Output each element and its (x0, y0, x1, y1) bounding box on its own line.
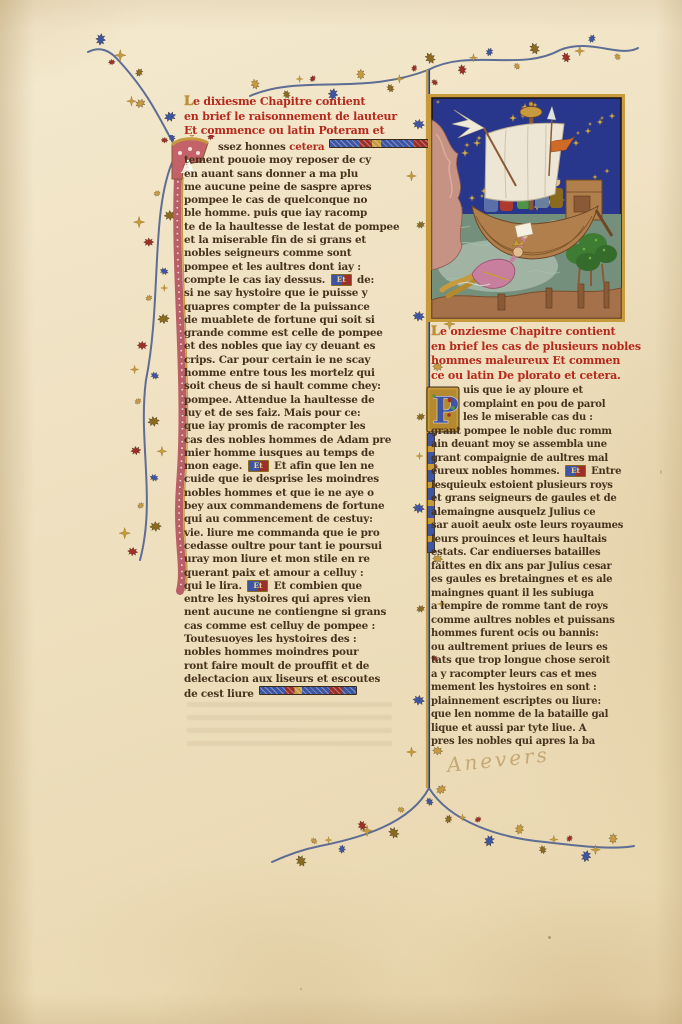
text-line: cuide que ie desprise les moindres (184, 473, 420, 486)
ivy-leaf (385, 83, 396, 94)
text-line: Le onziesme Chapitre contient (431, 325, 649, 340)
text-line: Et commence ou latin Poteram et (184, 124, 418, 139)
ivy-leaf (130, 446, 141, 456)
text-line: faittes en dix ans par Julius cesar (431, 560, 649, 574)
parchment-speck (300, 988, 302, 990)
ivy-leaf (514, 823, 525, 835)
text-line: et grans seigneurs de gaules et de (431, 492, 649, 506)
ivy-leaf (386, 825, 401, 840)
text-line: ain deuant moy se assembla une (431, 438, 649, 452)
ivy-leaf (250, 78, 261, 90)
text-line: soit cheus de si hault comme chey: (184, 380, 420, 393)
ivy-leaf (108, 59, 116, 66)
ivy-leaf (484, 47, 494, 58)
ivy-leaf (144, 238, 154, 247)
ivy-leaf (149, 473, 160, 483)
text-line: en auant sans donner a ma plu (184, 168, 420, 181)
text-line: de muablete de fortune qui soit si (184, 314, 420, 327)
gold-star (127, 96, 137, 106)
text-line: leurs prouinces et leurs haultais (431, 533, 649, 547)
show-through-text (187, 702, 392, 750)
text-line: delectacion aux liseurs et escoutes (184, 673, 420, 686)
ivy-leaf (308, 74, 317, 83)
text-line: ront faire moult de prouffit et de (184, 660, 420, 673)
text-line: tats que trop longue chose seroit (431, 654, 649, 668)
text-line: entre les hystoires qui apres vien (184, 593, 420, 606)
ivy-leaf (149, 521, 161, 532)
text-line: a y racompter leurs cas et mes (431, 668, 649, 682)
gold-star (133, 216, 144, 227)
ivy-leaf (434, 783, 447, 796)
text-line: vie. liure me commanda que ie pro (184, 527, 420, 540)
king-head (513, 247, 523, 257)
ivy-leaf (528, 41, 542, 56)
text-line: plainnement escriptes ou liure: (431, 695, 649, 709)
text-line: pompee le cas de quelconque no (184, 194, 420, 207)
text-line: nent aucune ne contiengne si grans (184, 606, 420, 619)
ivy-leaf (134, 67, 145, 78)
text-line: quapres compter de la puissance (184, 301, 420, 314)
ivy-leaf (608, 833, 617, 844)
ship-crows-nest (520, 107, 542, 118)
text-line: pompee et les aultres dont iay : (184, 261, 420, 274)
text-line: me aucune peine de saspre apres (184, 181, 420, 194)
gold-star (157, 446, 167, 456)
ivy-leaf (163, 110, 177, 123)
ivy-leaf (444, 814, 453, 824)
text-line: comme aultres nobles et puissans (431, 614, 649, 628)
text-line: tement pouoie moy reposer de cy (184, 154, 420, 167)
text-line: pompee. Attendue la haultesse de (184, 394, 420, 407)
ivy-leaf (134, 97, 147, 109)
ivy-leaf (144, 294, 153, 303)
text-line: cas comme est celluy de pompee : (184, 620, 420, 633)
ivy-leaf (397, 806, 406, 814)
text-line: nobles hommes moindres pour (184, 646, 420, 659)
text-line: complaint en pou de parol (431, 398, 649, 412)
text-line: ce ou latin De plorato et cetera. (431, 369, 649, 384)
ivy-leaf (482, 833, 496, 848)
text-line: uis que ie ay ploure et (431, 384, 649, 398)
left-column-rubric: Le dixiesme Chapitre contienten brief le… (184, 95, 418, 139)
text-line: nobles hommes et que ie ne aye o (184, 487, 420, 500)
text-line: et des nobles que iay cy deuant es (184, 340, 420, 353)
text-line: ou aultrement priues de leurs es (431, 641, 649, 655)
ivy-leaf (136, 501, 145, 510)
ivy-leaf (587, 33, 597, 44)
ivy-leaf (423, 51, 438, 66)
parchment-speck (660, 470, 662, 474)
ivy-leaf (410, 64, 418, 73)
text-line: hommes furent ocis ou bannis: (431, 627, 649, 641)
gold-star (119, 528, 130, 539)
ivy-leaf (147, 415, 161, 427)
ivy-leaf (512, 62, 521, 71)
text-line: maingnes quant il les subiuga (431, 587, 649, 601)
text-line: estats. Car endiuerses batailles (431, 546, 649, 560)
text-line: Le dixiesme Chapitre contient (184, 95, 418, 110)
text-line: qui au commencement de cestuy: (184, 513, 420, 526)
ivy-leaf (133, 397, 142, 406)
text-line: lesquieulx estoient plusieurs roys (431, 479, 649, 493)
gold-star (325, 837, 332, 844)
ship-sail (485, 123, 564, 201)
text-line: que len nomme de la bataille gal (431, 708, 649, 722)
text-line: es gaules es bretaingnes et es ale (431, 573, 649, 587)
text-line: crips. Car pour certain ie ne scay (184, 354, 420, 367)
text-line: nobles seigneurs comme sont (184, 247, 420, 260)
ivy-leaf (338, 844, 346, 853)
text-line: en brief les cas de plusieurs nobles (431, 340, 649, 355)
text-line: lique et aussi par tyte liue. A (431, 722, 649, 736)
text-line: luy et de ses faiz. Mais pour ce: (184, 407, 420, 420)
gold-star (407, 747, 417, 757)
text-line: que iay promis de racompter les (184, 420, 420, 433)
ivy-leaf (430, 78, 439, 87)
left-column-text: ssez honnes ceteratement pouoie moy repo… (184, 139, 420, 701)
ivy-leaf (560, 51, 572, 64)
gold-star (130, 365, 139, 374)
text-line: eureux nobles hommes. Et Entre (431, 465, 649, 479)
text-line: querant paix et amour a celluy : (184, 567, 420, 580)
text-line: mon eage. Et Et afin que len ne (184, 460, 420, 473)
ivy-leaf (457, 64, 467, 76)
gold-star (575, 46, 585, 56)
text-line: homme entre tous les mortelz qui (184, 367, 420, 380)
gold-star (395, 75, 404, 84)
text-line: Toutesuoyes les hystoires des : (184, 633, 420, 646)
text-line: grande comme est celle de pompee (184, 327, 420, 340)
ivy-leaf (538, 845, 547, 855)
text-line: uray mon liure et mon stile en re (184, 553, 420, 566)
text-line: en brief le raisonnement de lauteur (184, 110, 418, 125)
text-line: hommes maleureux Et commen (431, 354, 649, 369)
ivy-leaf (613, 52, 622, 61)
ivy-leaf (95, 33, 107, 46)
text-line: bey aux commandemens de fortune (184, 500, 420, 513)
ivy-leaf (356, 69, 365, 79)
ivy-leaf (424, 796, 435, 807)
right-column-rubric: Le onziesme Chapitre contienten brief le… (431, 325, 649, 383)
text-line: si ne say hystoire que ie puisse y (184, 287, 420, 300)
text-line: sar auoit aeulx oste leurs royaumes (431, 519, 649, 533)
ivy-leaf (149, 370, 160, 381)
text-line: cas des nobles hommes de Adam pre (184, 434, 420, 447)
text-line: a lempire de romme tant de roys (431, 600, 649, 614)
text-line: et la miserable fin de si grans et (184, 234, 420, 247)
ivy-leaf (127, 547, 138, 557)
ivy-leaf (580, 849, 593, 863)
gold-star (161, 284, 168, 291)
ivy-leaf (473, 815, 482, 824)
text-line: alemaingne ausquelz Julius ce (431, 506, 649, 520)
text-line: mement les hystoires en sont : (431, 681, 649, 695)
ivy-leaf (309, 836, 318, 845)
ivy-leaf (294, 853, 308, 868)
text-line: de cest liure (184, 686, 420, 701)
text-line: grant pompee le noble duc romm (431, 425, 649, 439)
text-line: les le miserable cas du : (431, 411, 649, 425)
text-line: cedasse oultre pour tant ie poursui (184, 540, 420, 553)
text-line: grant compaignie de aultres mal (431, 452, 649, 466)
text-line: compte le cas iay dessus. Et de: (184, 274, 420, 287)
text-line: qui le lira. Et Et combien que (184, 580, 420, 593)
gold-star (296, 75, 303, 82)
text-line: mier homme iusques au temps de (184, 447, 420, 460)
parchment-speck (548, 936, 551, 939)
ivy-leaf (153, 189, 162, 197)
text-line: ble homme. puis que iay racomp (184, 207, 420, 220)
ivy-leaf (565, 834, 574, 843)
text-line: ssez honnes cetera (184, 139, 420, 154)
miniature-shipwreck-scene (428, 94, 625, 322)
text-line: te de la haultesse de lestat de pompee (184, 221, 420, 234)
ivy-leaf (137, 341, 148, 350)
manuscript-page: A Le dixiesme Chapitre contienten brief … (0, 0, 682, 1024)
right-column-text: uis que ie ay ploure etcomplaint en pou … (431, 384, 649, 749)
